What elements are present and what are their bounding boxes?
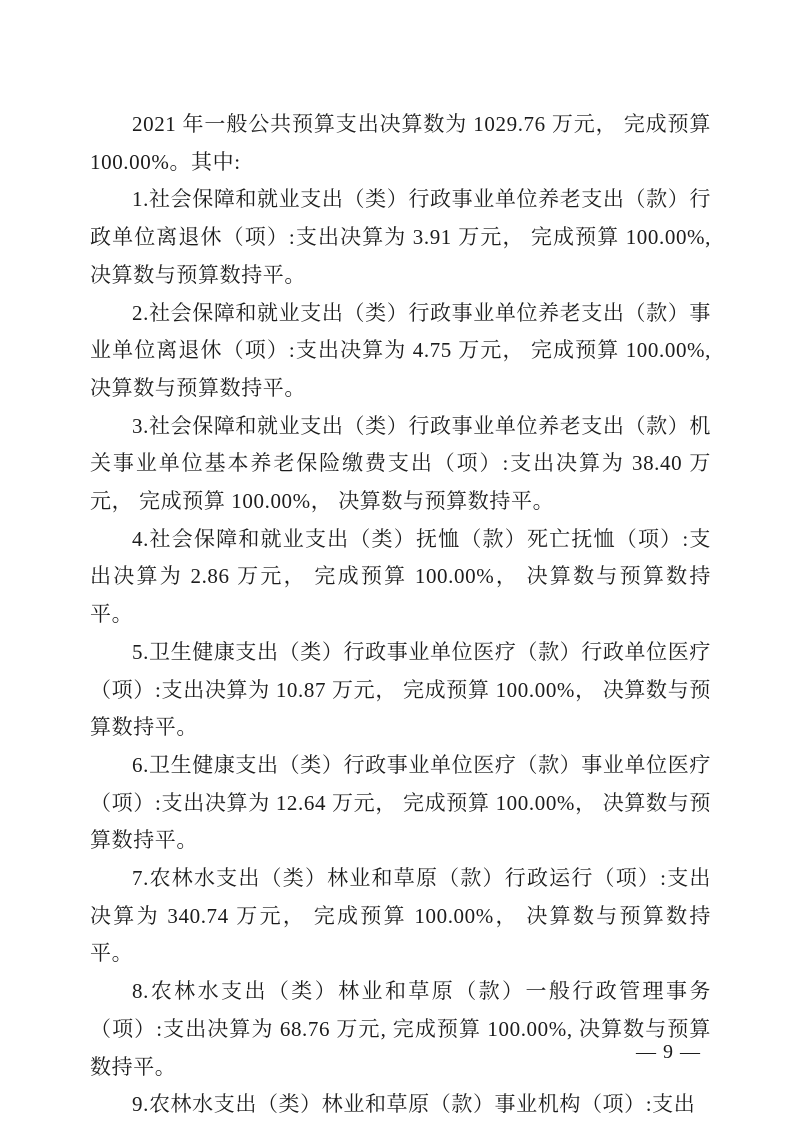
document-page: 2021 年一般公共预算支出决算数为 1029.76 万元， 完成预算 100.…	[0, 0, 793, 1122]
paragraph-item-3: 3.社会保障和就业支出（类）行政事业单位养老支出（款）机关事业单位基本养老保险缴…	[90, 408, 711, 521]
page-number: — 9 —	[636, 1041, 701, 1063]
paragraph-item-7: 7.农林水支出（类）林业和草原（款）行政运行（项）:支出决算为 340.74 万…	[90, 860, 711, 973]
page-footer: — 9 —	[636, 1040, 701, 1064]
paragraph-item-4: 4.社会保障和就业支出（类）抚恤（款）死亡抚恤（项）:支出决算为 2.86 万元…	[90, 521, 711, 634]
paragraph-item-6: 6.卫生健康支出（类）行政事业单位医疗（款）事业单位医疗（项）:支出决算为 12…	[90, 747, 711, 860]
paragraph-item-2: 2.社会保障和就业支出（类）行政事业单位养老支出（款）事业单位离退休（项）:支出…	[90, 295, 711, 408]
paragraph-item-5: 5.卫生健康支出（类）行政事业单位医疗（款）行政单位医疗（项）:支出决算为 10…	[90, 634, 711, 747]
paragraph-item-9-partial: 9.农林水支出（类）林业和草原（款）事业机构（项）:支出	[90, 1086, 711, 1122]
document-body: 2021 年一般公共预算支出决算数为 1029.76 万元， 完成预算 100.…	[90, 106, 711, 1122]
paragraph-intro-total-expenditure: 2021 年一般公共预算支出决算数为 1029.76 万元， 完成预算 100.…	[90, 106, 711, 181]
paragraph-item-1: 1.社会保障和就业支出（类）行政事业单位养老支出（款）行政单位离退休（项）:支出…	[90, 181, 711, 294]
paragraph-item-8: 8.农林水支出（类）林业和草原（款）一般行政管理事务（项）:支出决算为 68.7…	[90, 973, 711, 1086]
